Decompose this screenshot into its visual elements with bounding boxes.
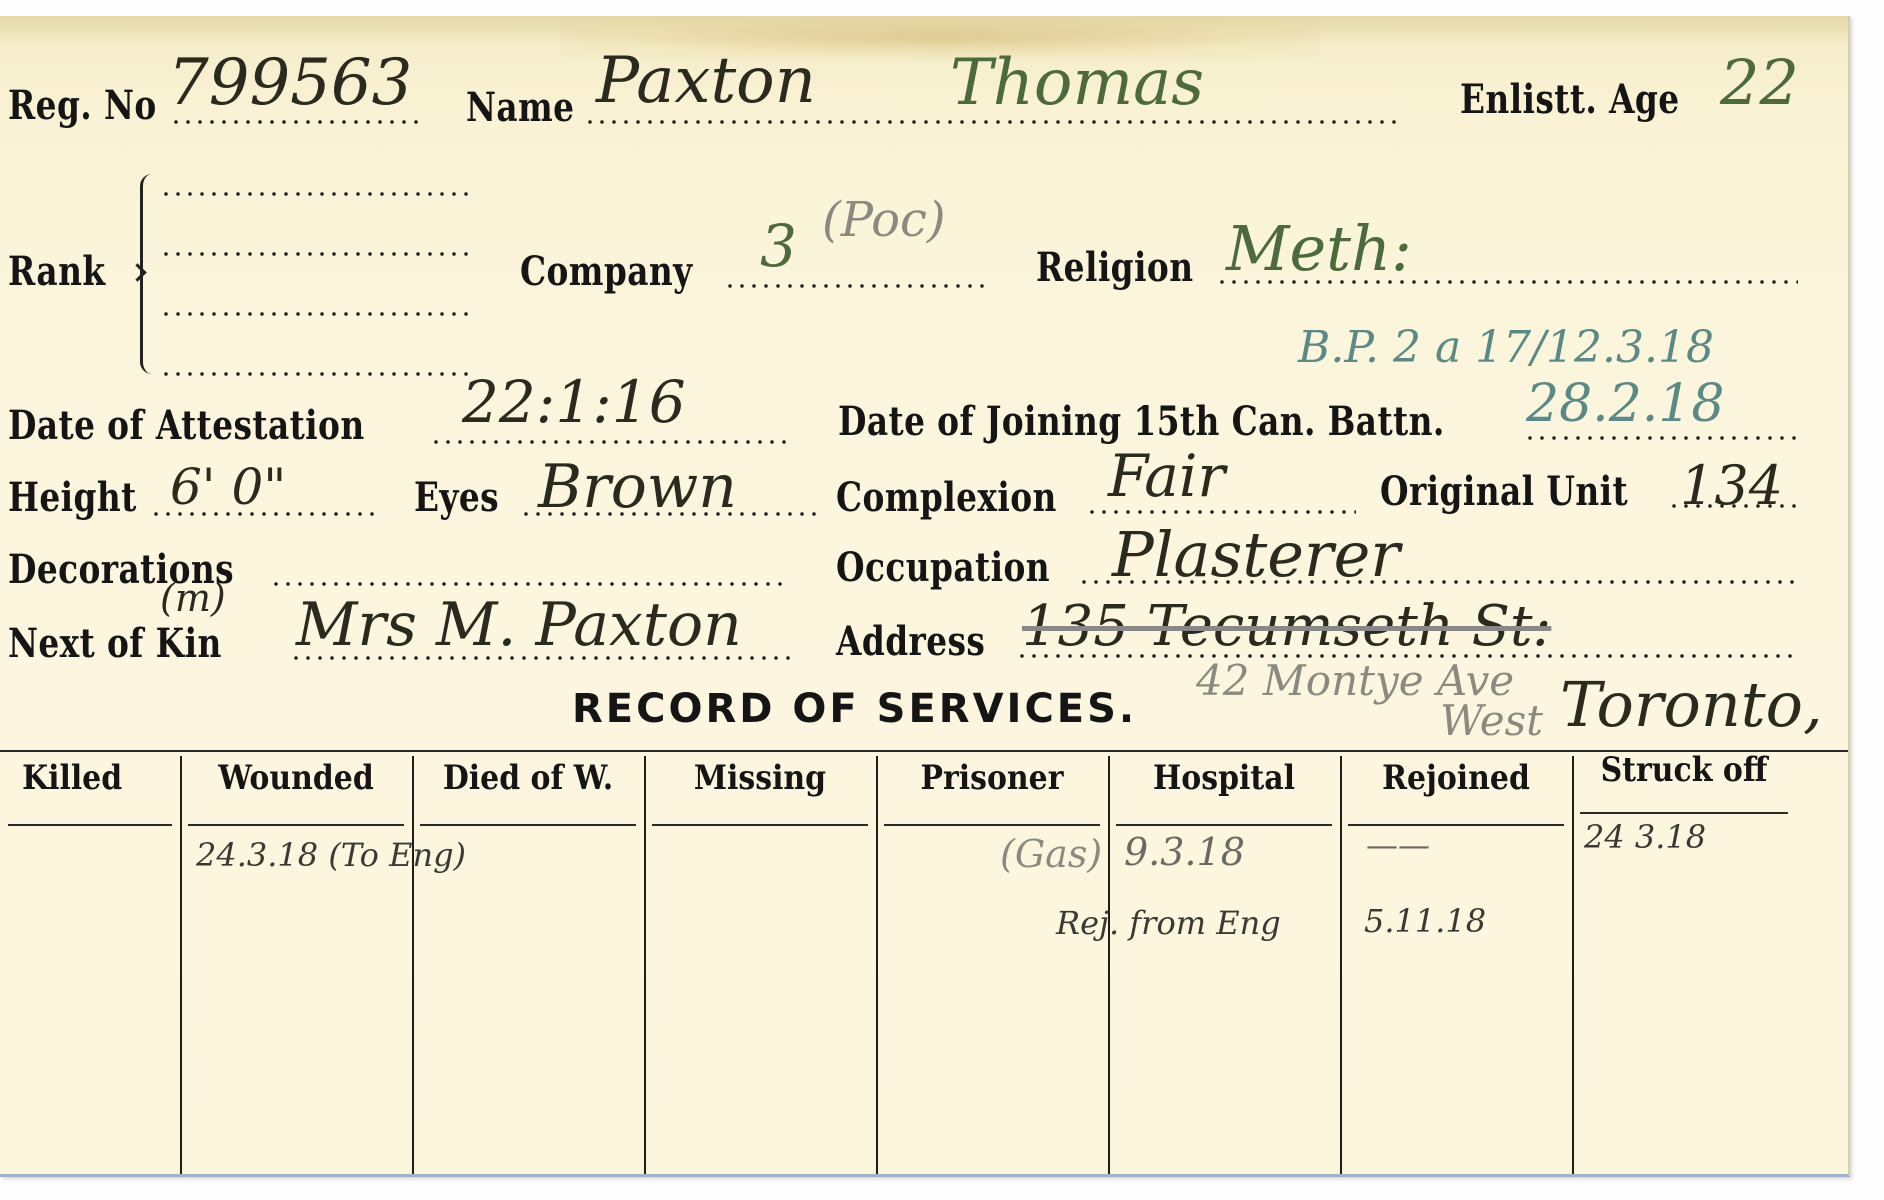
column-hospital: Hospital <box>1108 742 1340 1174</box>
company-label: Company <box>520 248 693 295</box>
enlist-age-value: 22 <box>1720 46 1799 119</box>
religion-value: Meth: <box>1226 212 1412 285</box>
reg-no-value: 799563 <box>168 46 412 120</box>
column-prisoner: Prisoner <box>876 742 1108 1174</box>
header-rule <box>420 824 636 826</box>
religion-label: Religion <box>1036 244 1193 291</box>
complexion-value: Fair <box>1108 442 1225 510</box>
column-wounded: Wounded <box>180 742 412 1174</box>
enlist-age-label: Enlistt. Age <box>1460 76 1680 123</box>
column-divider <box>1340 756 1342 1174</box>
column-rejoined: Rejoined <box>1340 742 1572 1174</box>
record-of-services-table: Killed Wounded Died of W. Missing Prison… <box>0 742 1848 1174</box>
decorations-dots <box>270 582 790 586</box>
address-new-line2: West <box>1440 696 1543 745</box>
height-value: 6' 0" <box>170 458 286 516</box>
entry-wounded: 24.3.18 (To Eng) <box>196 836 466 874</box>
company-value: 3 <box>760 212 797 280</box>
complexion-dots <box>1086 510 1356 514</box>
service-record-card: Reg. No 799563 Name Paxton Thomas Enlist… <box>0 16 1850 1177</box>
eyes-label: Eyes <box>414 474 499 521</box>
address-struck-value: 135 Tecumseth St: <box>1022 594 1551 659</box>
column-header: Struck off <box>1585 750 1782 790</box>
date-attestation-label: Date of Attestation <box>8 402 365 449</box>
date-joining-value: 28.2.18 <box>1526 374 1724 434</box>
next-of-kin-prefix: (m) <box>160 576 226 620</box>
original-unit-value: 134 <box>1680 454 1783 517</box>
company-dots <box>724 284 988 288</box>
rank-line-4 <box>160 372 472 376</box>
rank-line-3 <box>160 312 472 316</box>
column-divider <box>412 756 414 1174</box>
next-of-kin-label: Next of Kin <box>8 620 222 667</box>
rank-line-2 <box>160 252 472 256</box>
column-divider <box>180 756 182 1174</box>
entry-prisoner-gas: (Gas) <box>1000 832 1102 876</box>
joining-note: B.P. 2 a 17/12.3.18 <box>1298 322 1714 373</box>
entry-struck-off: 24 3.18 <box>1584 818 1706 856</box>
given-name-value: Thomas <box>950 46 1204 120</box>
occupation-value: Plasterer <box>1112 518 1400 591</box>
company-note: (Poc) <box>822 192 946 248</box>
reg-no-dots <box>170 120 420 124</box>
original-unit-label: Original Unit <box>1380 468 1628 515</box>
column-header: Killed <box>22 758 170 798</box>
header-rule <box>884 824 1100 826</box>
header-rule <box>652 824 868 826</box>
column-header: Died of W. <box>426 758 630 798</box>
eyes-value: Brown <box>538 452 737 522</box>
column-divider <box>876 756 878 1174</box>
column-struck-off: Struck off <box>1572 742 1796 1174</box>
entry-rej-from-eng: Rej. from Eng <box>1056 904 1281 942</box>
entry-rejoined-dash: —— <box>1366 826 1430 864</box>
date-attestation-dots <box>430 440 790 444</box>
entry-hospital: 9.3.18 <box>1124 830 1245 874</box>
header-rule <box>188 824 404 826</box>
entry-rejoined-date: 5.11.18 <box>1364 902 1486 940</box>
date-attestation-value: 22:1:16 <box>462 368 686 436</box>
column-header: Prisoner <box>890 758 1094 798</box>
surname-value: Paxton <box>596 44 816 118</box>
column-header: Hospital <box>1122 758 1326 798</box>
column-divider <box>1572 756 1574 1174</box>
rank-line-1 <box>160 192 472 196</box>
column-divider <box>1108 756 1110 1174</box>
occupation-label: Occupation <box>836 544 1050 591</box>
address-label: Address <box>836 618 985 665</box>
column-killed: Killed <box>0 742 180 1174</box>
name-label: Name <box>466 84 574 131</box>
header-rule <box>8 824 172 826</box>
reg-no-label: Reg. No <box>8 82 157 129</box>
record-of-services-title: RECORD OF SERVICES. <box>572 686 1137 732</box>
height-label: Height <box>8 474 137 521</box>
column-missing: Missing <box>644 742 876 1174</box>
complexion-label: Complexion <box>836 474 1057 521</box>
date-joining-dots <box>1524 436 1798 440</box>
rank-label: Rank <box>8 248 105 295</box>
column-header: Missing <box>658 758 862 798</box>
column-divider <box>644 756 646 1174</box>
next-of-kin-value: Mrs M. Paxton <box>296 590 742 660</box>
header-rule <box>1116 824 1332 826</box>
rank-brace <box>140 174 153 374</box>
date-joining-label: Date of Joining 15th Can. Battn. <box>838 398 1445 445</box>
column-header: Wounded <box>194 758 398 798</box>
name-dots <box>584 120 1404 124</box>
address-city: Toronto, <box>1560 668 1823 741</box>
column-died-of-wounds: Died of W. <box>412 742 644 1174</box>
header-rule <box>1580 812 1788 814</box>
column-header: Rejoined <box>1354 758 1558 798</box>
